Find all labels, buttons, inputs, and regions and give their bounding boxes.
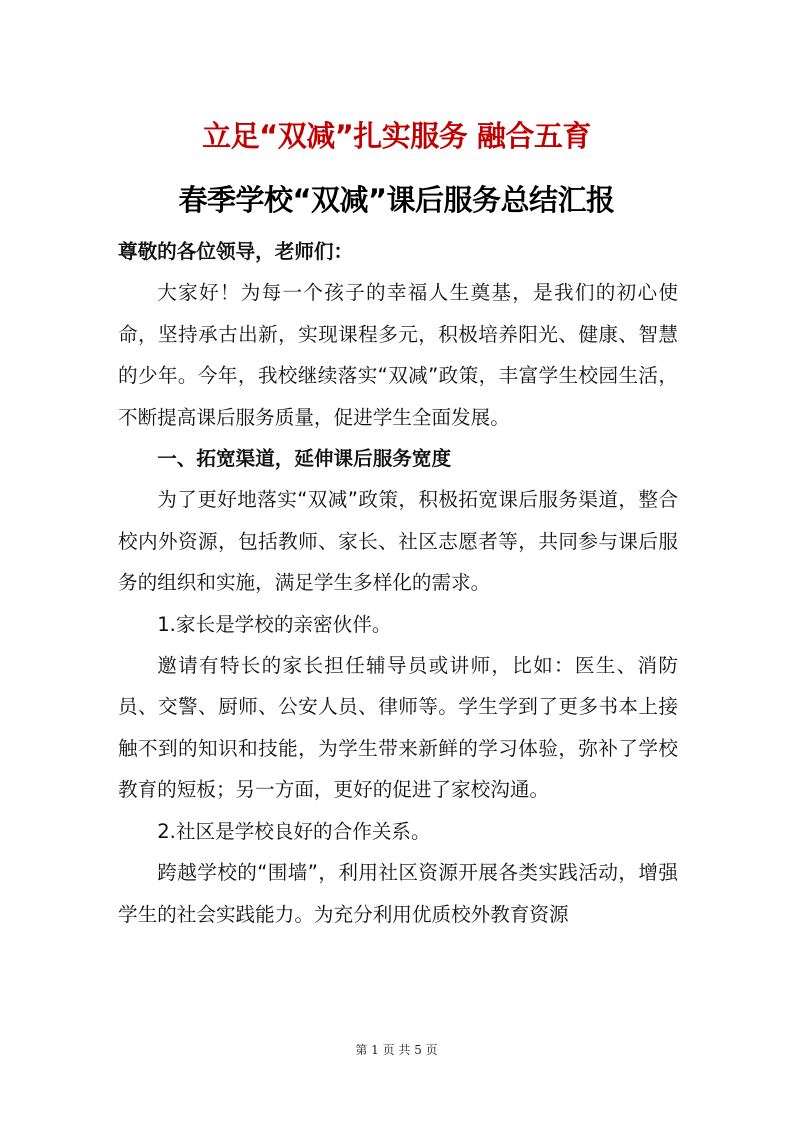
title-line-2: 春季学校“双减”课后服务总结汇报 [0, 178, 793, 222]
document-page: 立足“双减”扎实服务 融合五育 春季学校“双减”课后服务总结汇报 尊敬的各位领导… [0, 0, 793, 1122]
subheading-community: 2.社区是学校良好的合作关系。 [118, 811, 678, 852]
title-line-1: 立足“双减”扎实服务 融合五育 [0, 114, 793, 158]
paragraph-community: 跨越学校的“围墙”，利用社区资源开展各类实践活动，增强学生的社会实践能力。为充分… [118, 852, 678, 935]
paragraph-parents: 邀请有特长的家长担任辅导员或讲师，比如：医生、消防员、交警、厨师、公安人员、律师… [118, 645, 678, 811]
page-number: 第 1 页 共 5 页 [0, 1041, 793, 1058]
paragraph-section-1: 为了更好地落实“双减”政策，积极拓宽课后服务渠道，整合校内外资源，包括教师、家长… [118, 479, 678, 603]
salutation: 尊敬的各位领导，老师们： [118, 231, 678, 272]
document-body: 尊敬的各位领导，老师们： 大家好！为每一个孩子的幸福人生奠基，是我们的初心使命，… [118, 231, 678, 935]
section-heading-1: 一、拓宽渠道，延伸课后服务宽度 [118, 438, 678, 479]
paragraph-intro: 大家好！为每一个孩子的幸福人生奠基，是我们的初心使命，坚持承古出新，实现课程多元… [118, 272, 678, 438]
subheading-parents: 1.家长是学校的亲密伙伴。 [118, 604, 678, 645]
